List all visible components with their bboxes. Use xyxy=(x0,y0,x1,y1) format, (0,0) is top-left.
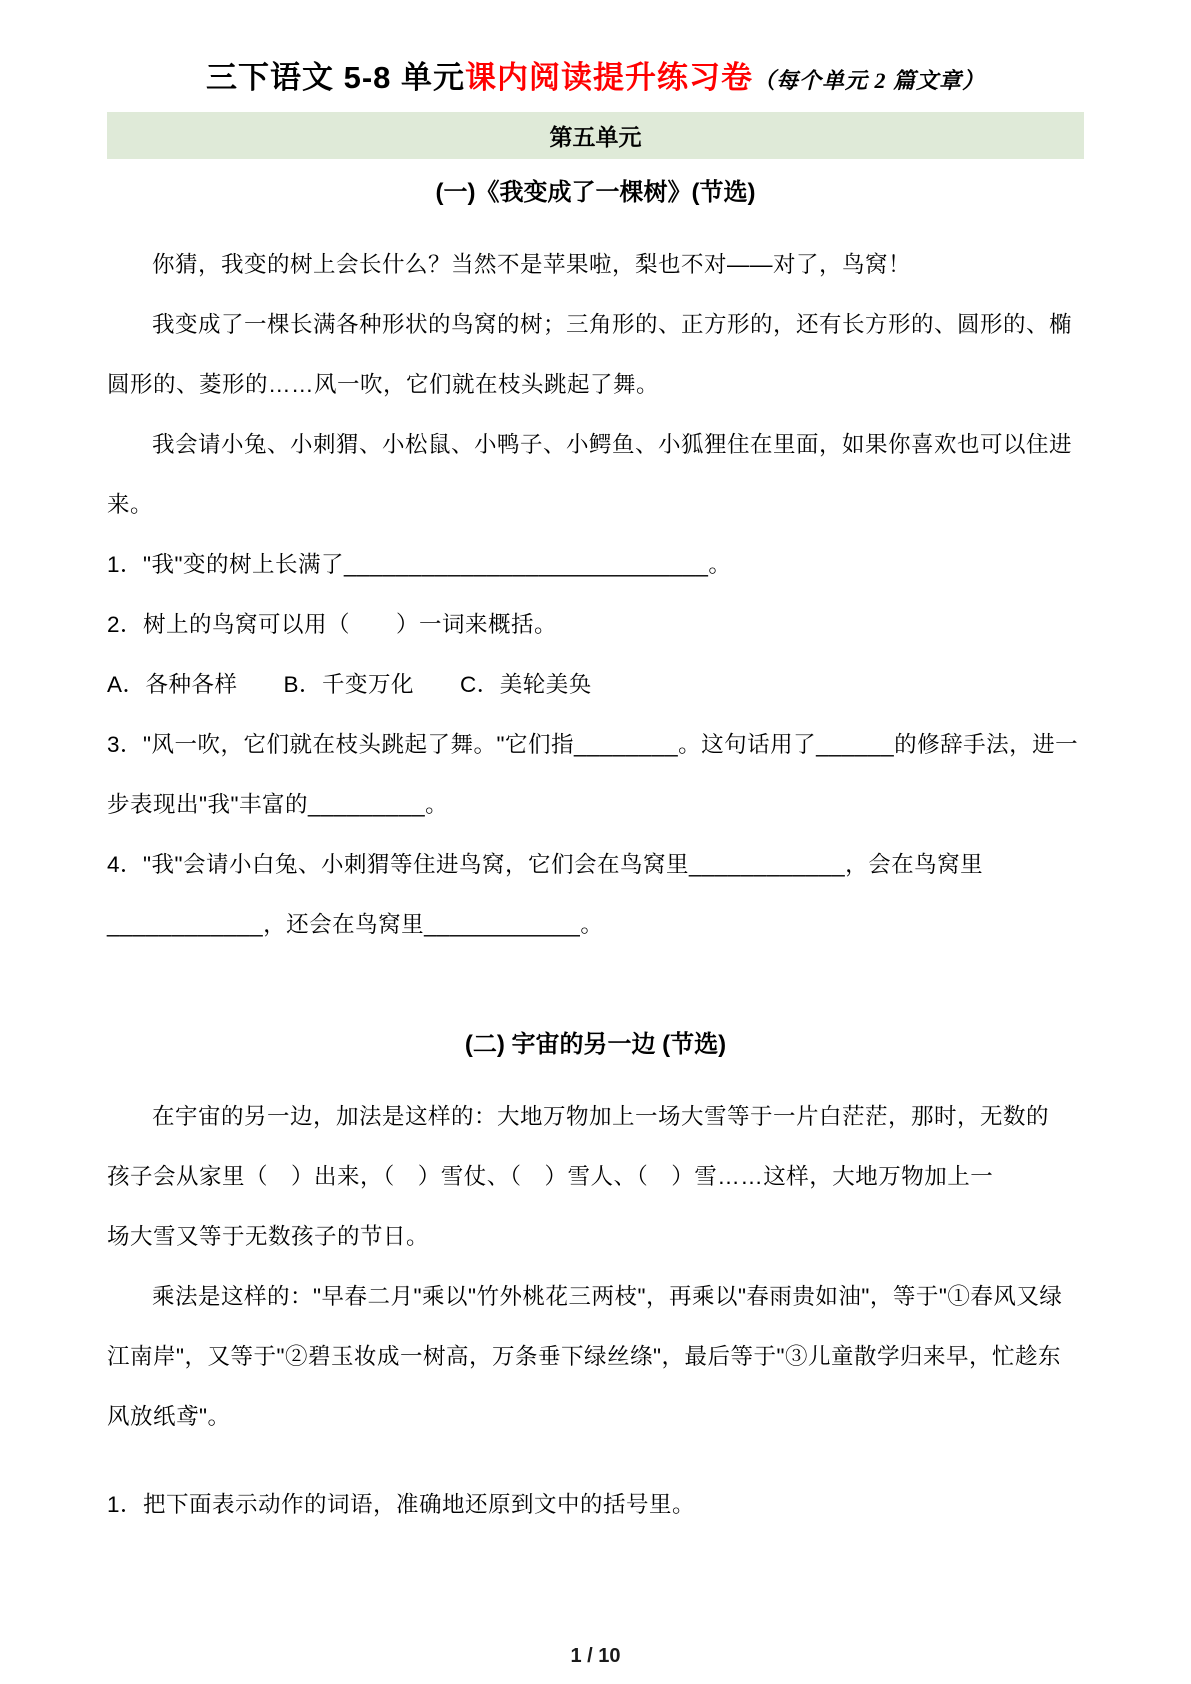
page-number: 1 / 10 xyxy=(0,1645,1191,1668)
section1-question-2: 2．树上的鸟窝可以用（ ）一词来概括。 xyxy=(107,595,1084,655)
title-note: （每个单元 2 篇文章） xyxy=(753,68,985,93)
unit-banner: 第五单元 xyxy=(107,112,1084,159)
worksheet-page: 三下语文 5-8 单元课内阅读提升练习卷（每个单元 2 篇文章） 第五单元 (一… xyxy=(0,0,1191,1684)
section1-question-4: 4．"我"会请小白兔、小刺猬等住进鸟窝，它们会在鸟窝里____________，… xyxy=(107,835,1084,955)
title-part-red: 课内阅读提升练习卷 xyxy=(465,60,753,95)
section1-paragraph-2: 我变成了一棵长满各种形状的鸟窝的树；三角形的、正方形的，还有长方形的、圆形的、椭… xyxy=(107,295,1084,415)
section1-paragraph-3: 我会请小兔、小刺猬、小松鼠、小鸭子、小鳄鱼、小狐狸住在里面，如果你喜欢也可以住进… xyxy=(107,415,1084,535)
title-part-black: 三下语文 5-8 单元 xyxy=(206,60,465,95)
section1-question-1: 1．"我"变的树上长满了____________________________… xyxy=(107,535,1084,595)
page-content: 第五单元 (一)《我变成了一棵树》(节选) 你猜，我变的树上会长什么？当然不是苹… xyxy=(0,112,1191,1535)
section2-question-1: 1．把下面表示动作的词语，准确地还原到文中的括号里。 xyxy=(107,1475,1084,1535)
section2-heading: (二) 宇宙的另一边 (节选) xyxy=(107,1027,1084,1063)
section1-paragraph-1: 你猜，我变的树上会长什么？当然不是苹果啦，梨也不对——对了，鸟窝！ xyxy=(107,235,1084,295)
section1-question-2-options: A．各种各样 B．千变万化 C．美轮美奂 xyxy=(107,655,1084,715)
page-title: 三下语文 5-8 单元课内阅读提升练习卷（每个单元 2 篇文章） xyxy=(0,0,1191,97)
unit-banner-label: 第五单元 xyxy=(550,119,642,152)
section1-heading: (一)《我变成了一棵树》(节选) xyxy=(107,175,1084,211)
section2-paragraph-1: 在宇宙的另一边，加法是这样的：大地万物加上一场大雪等于一片白茫茫，那时，无数的 … xyxy=(107,1087,1084,1267)
section1-question-3: 3．"风一吹，它们就在枝头跳起了舞。"它们指________。这句话用了____… xyxy=(107,715,1084,835)
section2-paragraph-2: 乘法是这样的："早春二月"乘以"竹外桃花三两枝"，再乘以"春雨贵如油"，等于"①… xyxy=(107,1267,1084,1447)
